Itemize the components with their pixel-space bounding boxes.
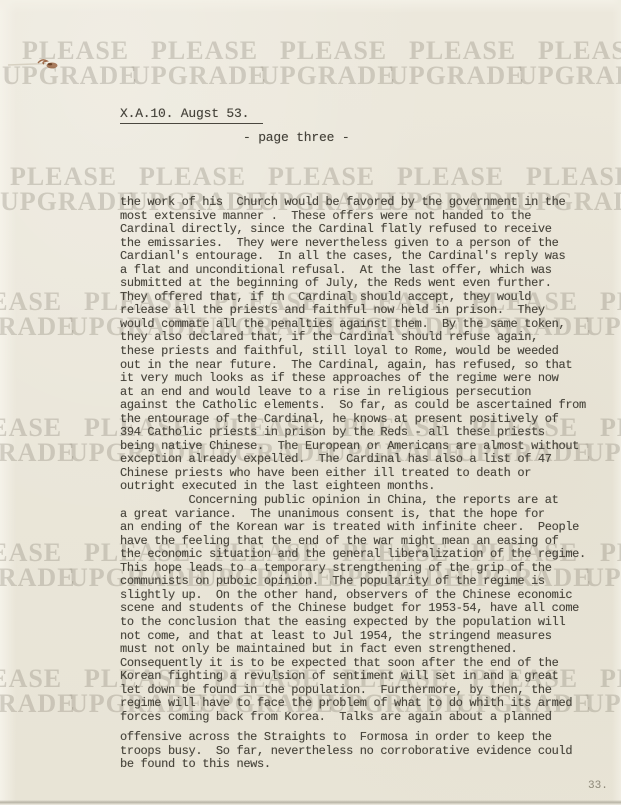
text-line: outright executed in the last eighteen m… bbox=[120, 480, 618, 494]
document-body: the work of his Church would be favored … bbox=[120, 196, 618, 772]
text-line: regime will have to face the problem of … bbox=[120, 697, 618, 711]
text-line: at an end and would leave to a rise in r… bbox=[120, 386, 618, 400]
paragraph: offensive across the Straights to Formos… bbox=[120, 731, 618, 772]
text-line: scene and students of the Chinese budget… bbox=[120, 602, 618, 616]
text-line: the emissaries. They were nevertheless g… bbox=[120, 237, 618, 251]
text-line: being native Chinese. The European or Am… bbox=[120, 440, 618, 454]
text-line: They offered that, if th Cardinal should… bbox=[120, 291, 618, 305]
text-line: to the conclusion that the easing expect… bbox=[120, 616, 618, 630]
text-line: release all the priests and faithful now… bbox=[120, 304, 618, 318]
text-line: not come, and that at least to Jul 1954,… bbox=[120, 630, 618, 644]
text-line: Cardianl's entourage. In all the cases, … bbox=[120, 250, 618, 264]
text-line: Chinese priests who have been either ill… bbox=[120, 467, 618, 481]
text-line: let down be found in the population. Fur… bbox=[120, 684, 618, 698]
text-line: communists on puboic opinion. The popula… bbox=[120, 575, 618, 589]
text-line: troops busy. So far, nevertheless no cor… bbox=[120, 745, 618, 759]
text-line: 394 Catholic priests in prison by the Re… bbox=[120, 426, 618, 440]
text-line: This hope leads to a temporary strengthe… bbox=[120, 562, 618, 576]
text-line: Korean fighting a revulsion of sentiment… bbox=[120, 670, 618, 684]
text-line: against the Catholic elements. So far, a… bbox=[120, 399, 618, 413]
paragraph: Concerning public opinion in China, the … bbox=[120, 494, 618, 724]
text-line: the economic situation and the general l… bbox=[120, 548, 618, 562]
text-line: most extensive manner . These offers wer… bbox=[120, 210, 618, 224]
text-line: have the feeling that the end of the war… bbox=[120, 535, 618, 549]
text-line: would commate all the penalties against … bbox=[120, 318, 618, 332]
page-label: - page three - bbox=[243, 130, 349, 145]
text-line: Cardinal directly, since the Cardinal fl… bbox=[120, 223, 618, 237]
text-line: be found to this news. bbox=[120, 758, 618, 772]
text-line: exception already expelled. The Cardinal… bbox=[120, 453, 618, 467]
page-number: 33. bbox=[588, 780, 608, 792]
text-line: an ending of the Korean war is treated w… bbox=[120, 521, 618, 535]
typed-layer: X.A.10. Augst 53. - page three - the wor… bbox=[0, 0, 621, 805]
document-reference: X.A.10. Augst 53. bbox=[120, 106, 263, 124]
text-line: the entourage of the Cardinal, he knows … bbox=[120, 413, 618, 427]
text-line: must not only be maintained but in fact … bbox=[120, 643, 618, 657]
text-line: a great variance. The unanimous consent … bbox=[120, 508, 618, 522]
text-line: forces coming back from Korea. Talks are… bbox=[120, 711, 618, 725]
text-line: a flat and unconditional refusal. At the… bbox=[120, 264, 618, 278]
paragraph: the work of his Church would be favored … bbox=[120, 196, 618, 494]
text-line: Consequently it is to be expected that s… bbox=[120, 657, 618, 671]
text-line: submitted at the beginning of July, the … bbox=[120, 277, 618, 291]
text-line: Concerning public opinion in China, the … bbox=[120, 494, 618, 508]
ink-smudge bbox=[6, 54, 76, 78]
text-line: these priests and faithful, still loyal … bbox=[120, 345, 618, 359]
text-line: the work of his Church would be favored … bbox=[120, 196, 618, 210]
document-scan: PLEASEPLEASEPLEASEPLEASEPLEASEPLEASEUPGR… bbox=[0, 0, 621, 805]
text-line: offensive across the Straights to Formos… bbox=[120, 731, 618, 745]
text-line: they also declared that, if the Cardinal… bbox=[120, 331, 618, 345]
text-line: it very much looks as if these approache… bbox=[120, 372, 618, 386]
text-line: out in the near future. The Cardinal, ag… bbox=[120, 359, 618, 373]
text-line: slightly up. On the other hand, observer… bbox=[120, 589, 618, 603]
